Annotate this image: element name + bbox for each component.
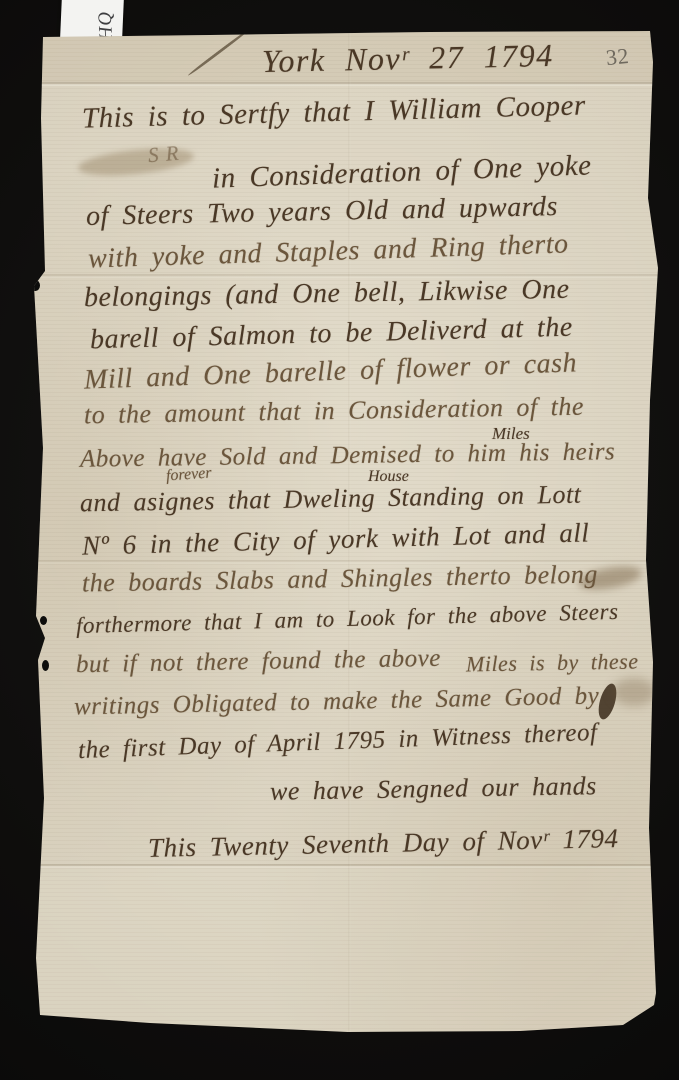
page-number: 32 (605, 43, 631, 71)
manuscript-line: with yoke and Staples and Ring therto (88, 228, 569, 275)
manuscript-line: but if not there found the above (76, 645, 441, 679)
edge-speck-3 (42, 660, 49, 671)
date-closing-line: This Twenty Seventh Day of Novʳ 1794 (148, 823, 619, 864)
manuscript-line: Above have Sold and Demised to him his h… (80, 438, 616, 473)
fold-tone-bottom (30, 866, 660, 1032)
manuscript-line: the first Day of April 1795 in Witness t… (78, 719, 598, 765)
manuscript-sheet: York Novʳ 27 1794 32 This is to Sertfy t… (30, 28, 660, 1032)
edge-speck-1 (31, 280, 40, 291)
edge-speck-2 (40, 616, 47, 625)
manuscript-line: This is to Sertfy that I William Cooper (82, 89, 586, 135)
manuscript-line: Mill and One barelle of flower or cash (84, 347, 578, 396)
dateline: York Novʳ 27 1794 (262, 37, 554, 80)
pen-flourish-mark (187, 27, 251, 76)
interlined-word-forever: forever (165, 464, 212, 485)
manuscript-line: Nº 6 in the City of york with Lot and al… (82, 517, 590, 561)
smudged-initials: S R (147, 141, 180, 169)
manuscript-line: writings Obligated to make the Same Good… (74, 683, 600, 722)
fold-crease-1 (30, 82, 660, 86)
ink-blot-halo (612, 678, 656, 706)
manuscript-line: belongings (and One bell, Likwise One (84, 274, 570, 314)
manuscript-line: and asignes that Dweling Standing on Lot… (80, 480, 582, 519)
manuscript-line-continuation: Miles is by these (466, 648, 639, 677)
manuscript-line: in Consideration of One yoke (212, 149, 592, 195)
manuscript-line: the boards Slabs and Shingles therto bel… (82, 560, 598, 599)
photograph-background: HQ York Novʳ 27 1794 32 This is to Sertf… (0, 0, 679, 1080)
closing-line: we have Sengned our hands (270, 771, 597, 807)
manuscript-line: of Steers Two years Old and upwards (86, 191, 559, 233)
fold-crease-4 (30, 864, 660, 868)
